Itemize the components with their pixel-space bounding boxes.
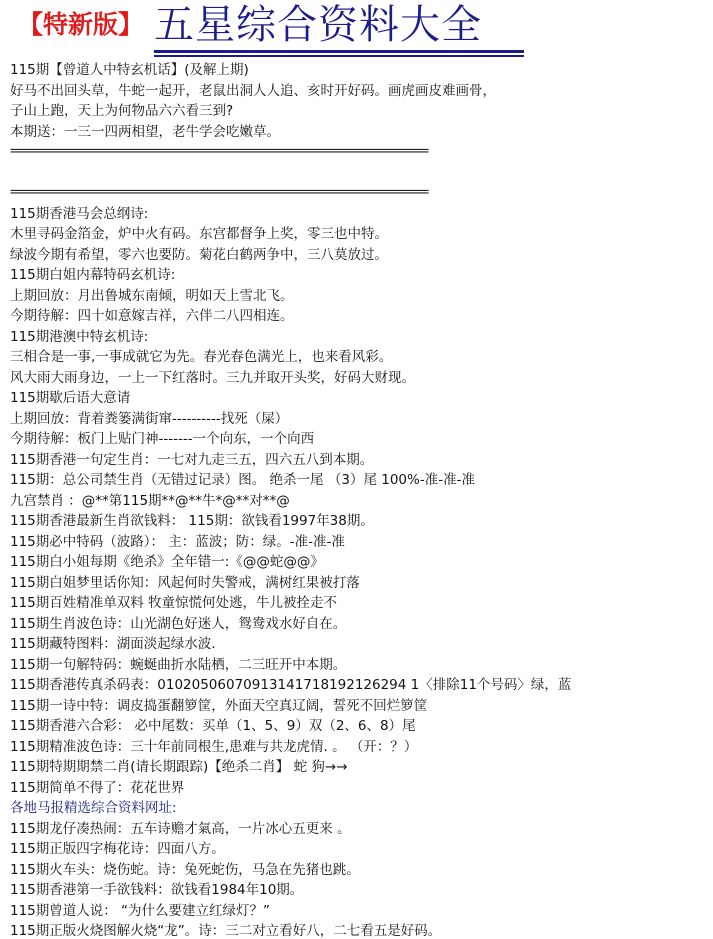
text-line: 115期白姐梦里话你知：风起何时失警戒，满树红果被打落 [10,573,710,594]
text-line: 115期必中特码（波路）： 主：蓝波；防：绿。-准-准-准 [10,532,710,553]
text-line: 上期回放：月出鲁城东南倾，明如天上雪北飞。 [10,286,710,307]
article-body: 115期【曾道人中特玄机话】(及解上期)好马不出回头草，牛蛇一起开，老鼠出洞人人… [10,60,710,939]
text-line: 子山上跑，天上为何物品六六看三到? [10,101,710,122]
text-line: 115期港澳中特玄机诗: [10,327,710,348]
separator-line: ========================================… [10,142,542,163]
text-line: 115期火车头：烧伤蛇。诗：兔死蛇伤，马急在先猪也跳。 [10,860,710,881]
text-line: 115期【曾道人中特玄机话】(及解上期) [10,60,710,81]
separator-line: ========================================… [10,183,542,204]
text-line: 好马不出回头草，牛蛇一起开，老鼠出洞人人追、亥时开好码。画虎画皮难画骨， [10,81,710,102]
text-line: 风大雨大雨身边，一上一下红落时。三九并取开头奖，好码大财现。 [10,368,710,389]
text-line: 115期一诗中特：调皮捣蛋翻箩筐，外面天空真辽阔，誓死不回烂箩筐 [10,696,710,717]
text-line: 115期香港马会总纲诗: [10,204,710,225]
text-line: 115期简单不得了：花花世界 [10,778,710,799]
title-underline [154,50,524,53]
text-line: 115期香港第一手欲钱料：欲钱看1984年10期。 [10,880,710,901]
text-line: 115期藏特图料：湖面淡起绿水波. [10,634,710,655]
text-line: 115期正版四字梅花诗：四面八方。 [10,839,710,860]
text-line: 115期一句解特码：蜿蜒曲折水陆栖，二三旺开中本期。 [10,655,710,676]
blank-line [10,163,710,184]
text-line: 115期龙仔凑热闹：五车诗赡才氣高，一片冰心五更来 。 [10,819,710,840]
title-block: 五星综合资料大全 [154,2,524,57]
text-line: 115期白姐内幕特码玄机诗: [10,265,710,286]
text-line: 115期：总公司禁生肖（无错过记录）图。 绝杀一尾 （3）尾 100%-准-准-… [10,470,710,491]
text-line: 115期曾道人说： “为什么要建立红绿灯？” [10,901,710,922]
text-line: 115期百姓精准单双料 牧童惊慌何处逃，牛儿被拴走不 [10,593,710,614]
text-line: 绿波今期有希望，零六也要防。菊花白鹤两争中，三八莫放过。 [10,245,710,266]
title-underline-secondary [154,55,524,57]
text-line: 115期生肖波色诗：山光湖色好迷人，鸳鸯戏水好自在。 [10,614,710,635]
resource-link[interactable]: 各地马报精选综合资料网址: [10,798,710,819]
edition-badge: 【特新版】 [18,10,143,40]
text-line: 115期香港一句定生肖：一七对九走三五，四六五八到本期。 [10,450,710,471]
page-header: 【特新版】 五星综合资料大全 [0,0,713,58]
text-line: 115期白小姐每期《绝杀》全年错一:《@@蛇@@》 [10,552,710,573]
text-line: 九宫禁肖 ：@**第115期**@**牛*@**对**@ [10,491,710,512]
text-line: 115期精准波色诗：三十年前同根生,患难与共龙虎情. 。 （开：？） [10,737,710,758]
text-line: 今期待解：板门上贴门神-------一个向东，一个向西 [10,429,710,450]
text-line: 115期香港最新生肖欲钱料： 115期：欲钱看1997年38期。 [10,511,710,532]
text-line: 今期待解：四十如意嫁吉祥，六伴二八四相连。 [10,306,710,327]
text-line: 木里寻码金箔金，炉中火有码。东宫都督争上奖，零三也中特。 [10,224,710,245]
text-line: 115期香港六合彩： 必中尾数：买单（1、5、9）双（2、6、8）尾 [10,716,710,737]
text-line: 本期送：一三一四两相望，老牛学会吃嫩草。 [10,122,710,143]
text-line: 上期回放：背着粪篓满街窜----------找死（屎） [10,409,710,430]
text-line: 115期特期期禁二肖(请长期跟踪)【绝杀二肖】 蛇 狗→→ [10,757,710,778]
text-line: 三相合是一事,一事成就它为先。春光春色满光上，也来看风彩。 [10,347,710,368]
text-line: 115期正版火烧图解火烧“龙”。诗：三二对立看好八，二七看五是好码。 [10,921,710,939]
page-title: 五星综合资料大全 [154,2,524,48]
text-line: 115期歇后语大意请 [10,388,710,409]
text-line: 115期香港传真杀码表：0102050607091314171819212629… [10,675,710,696]
